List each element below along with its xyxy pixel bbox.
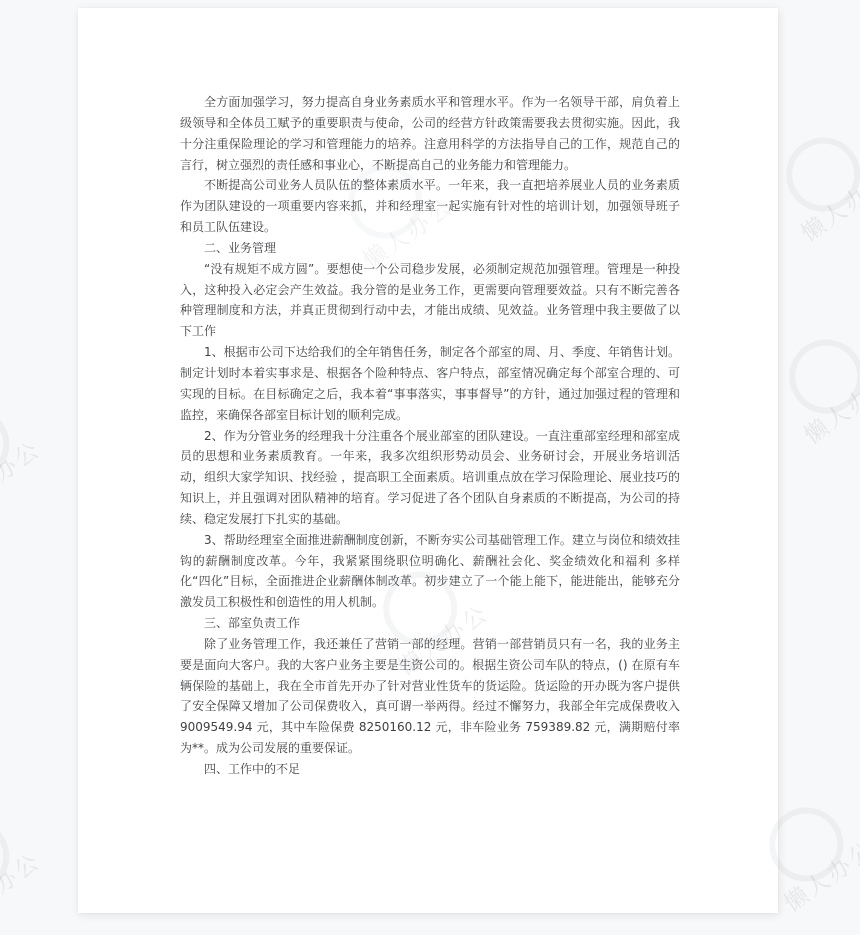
paragraph: 除了业务管理工作，我还兼任了营销一部的经理。营销一部营销员只有一名，我的业务主要… [180, 634, 680, 759]
watermark-circle-icon [0, 805, 24, 908]
watermark-text: 懒人办公 [780, 836, 860, 917]
watermark-circle-icon [0, 393, 24, 496]
watermark-logo: 懒人办公 [797, 363, 860, 450]
watermark-text: 懒人办公 [0, 848, 46, 929]
watermark-circle-icon [772, 123, 860, 226]
app-background: 全方面加强学习，努力提高自身业务素质水平和管理水平。作为一名领导干部，肩负着上级… [0, 0, 860, 935]
paragraph: 1、根据市公司下达给我们的全年销售任务，制定各个部室的周、月、季度、年销售计划。… [180, 342, 680, 425]
section-heading: 三、部室负责工作 [180, 613, 680, 634]
watermark-circle-icon [775, 325, 860, 428]
document-body: 全方面加强学习，努力提高自身业务素质水平和管理水平。作为一名领导干部，肩负着上级… [180, 92, 680, 780]
watermark-text: 懒人办公 [0, 436, 46, 517]
paragraph: 全方面加强学习，努力提高自身业务素质水平和管理水平。作为一名领导干部，肩负着上级… [180, 92, 680, 175]
watermark-logo: 懒人办公 [0, 843, 47, 930]
section-heading: 四、工作中的不足 [180, 759, 680, 780]
watermark-logo: 懒人办公 [0, 431, 47, 518]
watermark-logo: 懒人办公 [777, 831, 860, 918]
section-heading: 二、业务管理 [180, 238, 680, 259]
watermark-text: 懒人办公 [800, 368, 860, 449]
paragraph: 不断提高公司业务人员队伍的整体素质水平。一年来，我一直把培养展业人员的业务素质作… [180, 175, 680, 238]
paragraph: “没有规矩不成方圆”。要想使一个公司稳步发展，必须制定规范加强管理。管理是一种投… [180, 259, 680, 342]
watermark-text: 懒人办公 [797, 166, 860, 247]
paragraph: 2、作为分管业务的经理我十分注重各个展业部室的团队建设。一直注重部室经理和部室成… [180, 426, 680, 530]
document-page: 全方面加强学习，努力提高自身业务素质水平和管理水平。作为一名领导干部，肩负着上级… [78, 8, 778, 913]
paragraph: 3、帮助经理室全面推进薪酬制度创新，不断夯实公司基础管理工作。建立与岗位和绩效挂… [180, 530, 680, 613]
watermark-logo: 懒人办公 [794, 161, 860, 248]
